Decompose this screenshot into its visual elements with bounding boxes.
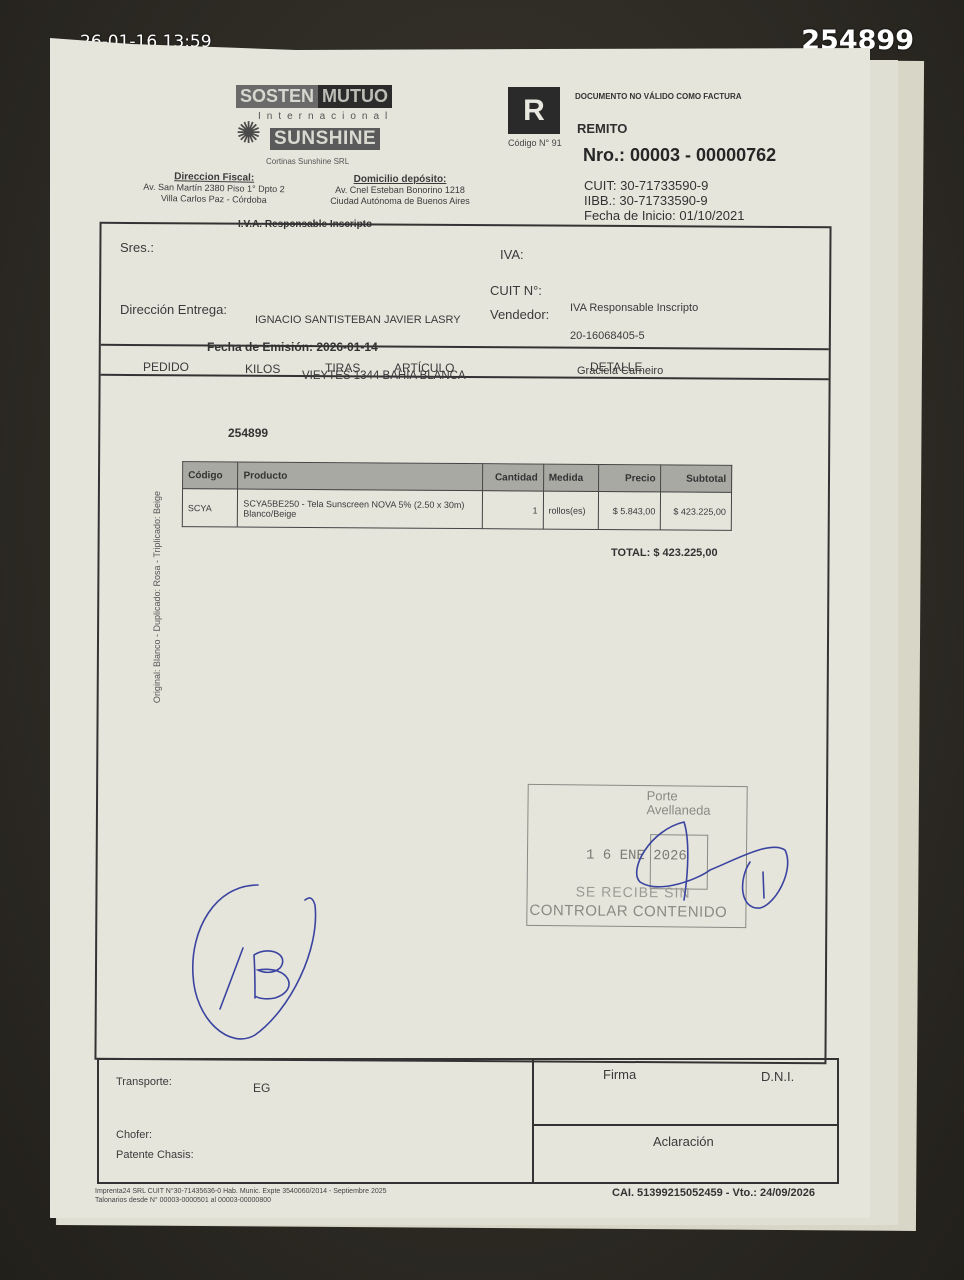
deposit-address-title: Domicilio depósito:: [313, 174, 487, 185]
th-cantidad: Cantidad: [483, 464, 544, 491]
issuer-cuit: CUIT: 30-71733590-9: [584, 178, 744, 193]
printer-info: Imprenta24 SRL CUIT N°30-71435636-0 Hab.…: [95, 1187, 387, 1205]
issuer-tax-info: CUIT: 30-71733590-9 IIBB.: 30-71733590-9…: [584, 178, 744, 223]
th-codigo: Código: [183, 462, 239, 489]
aclaracion-label: Aclaración: [653, 1134, 714, 1149]
chofer-label: Chofer:: [116, 1129, 152, 1141]
items-table: Código Producto Cantidad Medida Precio S…: [182, 461, 732, 531]
stamp-date: 1 6 ENE 2026: [586, 847, 687, 864]
cell-cantidad: 1: [482, 491, 543, 529]
total-amount: TOTAL: $ 423.225,00: [611, 547, 718, 559]
th-producto: Producto: [238, 462, 483, 491]
main-frame: [94, 222, 831, 1064]
document-disclaimer: DOCUMENTO NO VÁLIDO COMO FACTURA: [575, 92, 742, 101]
dni-label: D.N.I.: [761, 1069, 794, 1084]
cell-codigo: SCYA: [182, 489, 238, 527]
divider: [532, 1060, 534, 1182]
document-type-letter: R: [508, 87, 560, 134]
col-pedido: PEDIDO: [143, 360, 189, 374]
cell-producto: SCYA5BE250 - Tela Sunscreen NOVA 5% (2.5…: [238, 489, 483, 529]
seller-name: Graciela Carneiro: [577, 365, 663, 377]
issuer-iibb: IIBB.: 30-71733590-9: [584, 193, 744, 208]
document-type-name: REMITO: [577, 121, 627, 136]
logo-internacional: Internacional: [258, 111, 393, 122]
customer-name: IGNACIO SANTISTEBAN JAVIER LASRY: [255, 314, 461, 326]
fiscal-address: Direccion Fiscal: Av. San Martín 2380 Pi…: [124, 170, 305, 206]
document-code: Código N° 91: [508, 138, 562, 148]
printer-info-line1: Imprenta24 SRL CUIT N°30-71435636-0 Hab.…: [95, 1187, 387, 1196]
firma-label: Firma: [603, 1067, 636, 1082]
footer-frame: [97, 1058, 839, 1184]
stamp-line-top2: Avellaneda: [646, 803, 710, 818]
cell-subtotal: $ 423.225,00: [661, 492, 732, 530]
document-number: Nro.: 00003 - 00000762: [583, 145, 776, 166]
stamp-line1: SE RECIBE SIN: [576, 883, 691, 900]
th-precio: Precio: [599, 464, 662, 491]
th-medida: Medida: [543, 464, 599, 491]
emission-date: Fecha de Emisión: 2026-01-14: [207, 340, 378, 354]
table-row: SCYA SCYA5BE250 - Tela Sunscreen NOVA 5%…: [182, 489, 731, 531]
logo-part-a: SOSTEN: [236, 85, 318, 108]
transporte-label: Transporte:: [116, 1076, 172, 1088]
issuer-start-date: Fecha de Inicio: 01/10/2021: [584, 208, 744, 223]
transporte-value: EG: [253, 1081, 270, 1095]
delivery-address: VIEYTES 1344 BAHIA BLANCA: [302, 370, 466, 382]
deposit-address-line1: Av. Cnel Esteban Bonorino 1218: [313, 185, 487, 196]
sun-icon: ✺: [236, 116, 261, 151]
printer-info-line2: Talonarios desde N° 00003-0000501 al 000…: [95, 1196, 387, 1205]
order-number: 254899: [228, 426, 268, 440]
cell-medida: rollos(es): [543, 491, 599, 529]
iva-label: IVA:: [500, 247, 524, 262]
vendedor-label: Vendedor:: [490, 307, 549, 322]
copies-note: Original: Blanco - Duplicado: Rosa - Tri…: [152, 462, 162, 732]
stamp-line2: CONTROLAR CONTENIDO: [529, 902, 727, 921]
table-header-row: Código Producto Cantidad Medida Precio S…: [183, 462, 732, 493]
cai-number: CAI. 51399215052459 - Vto.: 24/09/2026: [612, 1187, 815, 1199]
logo-sunshine: SUNSHINE: [270, 128, 380, 150]
deposit-address: Domicilio depósito: Av. Cnel Esteban Bon…: [313, 174, 487, 207]
stamp-header: Porte Avellaneda: [646, 789, 710, 818]
cell-precio: $ 5.843,00: [598, 491, 661, 529]
col-kilos: KILOS: [245, 362, 280, 376]
delivery-address-label: Dirección Entrega:: [120, 302, 227, 317]
divider: [532, 1124, 837, 1126]
logo-part-b: MUTUO: [318, 85, 392, 108]
sres-label: Sres.:: [120, 240, 154, 255]
reception-stamp: Porte Avellaneda 1 6 ENE 2026 SE RECIBE …: [526, 784, 747, 928]
company-name: Cortinas Sunshine SRL: [266, 157, 349, 166]
th-subtotal: Subtotal: [661, 465, 732, 492]
deposit-address-line2: Ciudad Autónoma de Buenos Aires: [313, 196, 487, 207]
customer-iva-value: IVA Responsable Inscripto: [570, 302, 698, 314]
cuit-label: CUIT N°:: [490, 283, 542, 298]
patente-label: Patente Chasis:: [116, 1149, 194, 1161]
customer-cuit-value: 20-16068405-5: [570, 330, 645, 342]
logo-sosten-mutuo: SOSTEN MUTUO: [236, 85, 392, 108]
